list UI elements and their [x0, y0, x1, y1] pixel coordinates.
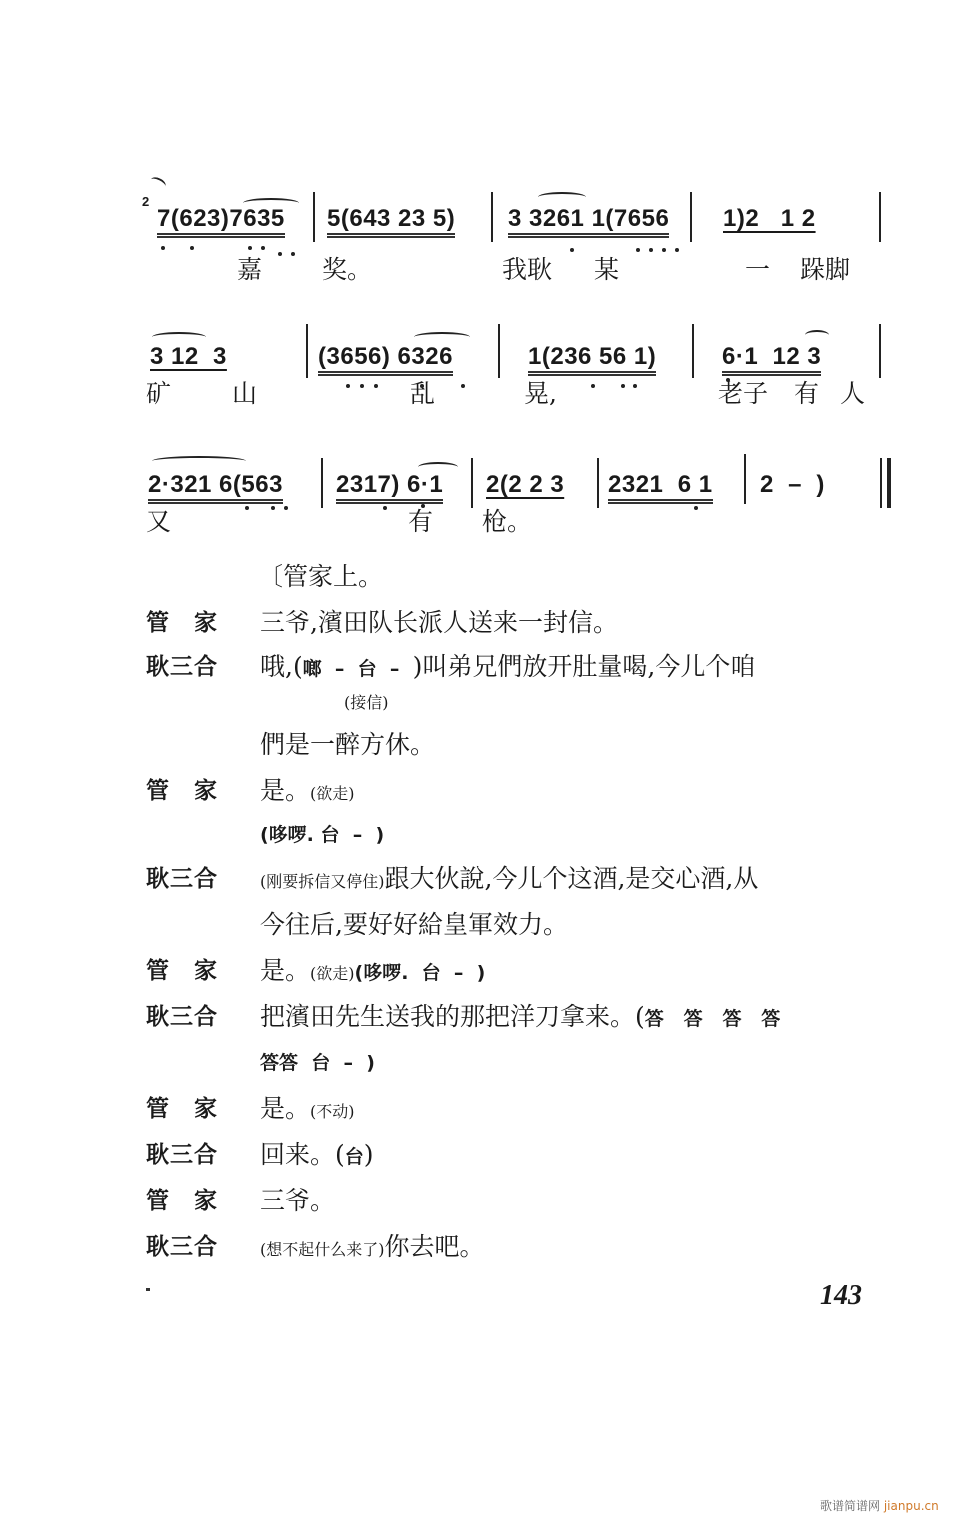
dialogue-text: 是。: [260, 776, 310, 805]
dialogue-text: )叫弟兄們放开肚量喝,今儿个咱: [413, 652, 756, 681]
lower-octave-dot: [633, 384, 637, 388]
lyric: 乱: [410, 380, 435, 408]
dialogue-text: 回来。(: [260, 1140, 345, 1169]
speaker-name: 耿三合: [146, 1002, 218, 1032]
measure-3-1: 2·321 6(563: [148, 472, 283, 504]
slur: [414, 332, 470, 342]
lower-octave-dot: [649, 248, 653, 252]
bar-line: [471, 458, 473, 508]
lower-octave-dot: [161, 246, 165, 250]
bar-line: [692, 324, 694, 378]
bar-line: [313, 192, 315, 242]
percussion-notation: 答答 台 – ): [260, 1048, 375, 1078]
measure-2-1: 3 12 3: [150, 344, 227, 370]
lower-octave-dot: [245, 506, 249, 510]
speaker-name: 管 家: [146, 1186, 218, 1216]
dialogue-text: 三爷。: [260, 1186, 335, 1216]
percussion-notation: 台: [345, 1146, 364, 1168]
stage-direction: (刚要拆信又停住): [260, 872, 385, 891]
measure-1-4: 1)2 1 2: [723, 206, 816, 232]
print-speck: [146, 1288, 150, 1291]
dialogue-continuation: 今往后,要好好給皇軍效力。: [260, 910, 568, 940]
dialogue-line: 哦,(啷 – 台 – )叫弟兄們放开肚量喝,今儿个咱: [260, 652, 755, 684]
speaker-name: 管 家: [146, 1094, 218, 1124]
slur: [243, 198, 299, 208]
bar-line: [690, 192, 692, 242]
measure-3-3: 2(2 2 3: [486, 472, 564, 498]
measure-3-2: 2317) 6·1: [336, 472, 443, 504]
slur: [152, 332, 206, 342]
lyric: 嘉: [237, 256, 262, 284]
watermark: 歌谱简谱网 jianpu.cn: [820, 1497, 939, 1514]
bar-line: [597, 458, 599, 508]
percussion-notation: (哆啰. 台 – ): [355, 962, 486, 984]
dialogue-text: 是。: [260, 956, 310, 985]
dialogue-line: (想不起什么来了)你去吧。: [260, 1232, 485, 1265]
dialogue-line: 是。(欲走): [260, 776, 355, 809]
dialogue-text: 跟大伙說,今儿个这酒,是交心酒,从: [385, 864, 759, 893]
lower-octave-dot: [591, 384, 595, 388]
stage-direction: (欲走): [310, 964, 355, 983]
measure-1-2: 5(643 23 5): [327, 206, 455, 238]
lyric: 晃,: [524, 380, 557, 408]
speaker-name: 耿三合: [146, 1232, 218, 1262]
notation-row-1: 2 7(623)7635 5(643 23 5) 3 3261 1(7656 1…: [0, 170, 974, 300]
lyric: 奖。: [322, 256, 372, 284]
notation-row-3: 2·321 6(563 2317) 6·1 2(2 2 3 2321 6 1 2…: [0, 440, 974, 570]
stage-direction: (接信): [344, 688, 389, 718]
lower-octave-dot: [461, 384, 465, 388]
dialogue-line: (刚要拆信又停住)跟大伙說,今儿个这酒,是交心酒,从: [260, 864, 758, 897]
speaker-name: 管 家: [146, 956, 218, 986]
measure-2-2: (3656) 6326: [318, 344, 453, 376]
lower-octave-dot: [261, 246, 265, 250]
lower-octave-dot: [278, 252, 282, 256]
dialogue-text: 把濱田先生送我的那把洋刀拿来。(: [260, 1002, 645, 1031]
grace-note-marker: 2: [142, 194, 149, 209]
slur: [152, 456, 246, 466]
stage-direction: 〔管家上。: [258, 562, 383, 592]
lower-octave-dot: [271, 506, 275, 510]
stage-direction: (想不起什么来了): [260, 1240, 385, 1259]
lyric: 有: [794, 380, 819, 408]
lyric: 人: [840, 380, 865, 408]
dialogue-text: 是。: [260, 1094, 310, 1123]
slur: [418, 462, 458, 472]
measure-2-3: 1(236 56 1): [528, 344, 656, 376]
lower-octave-dot: [636, 248, 640, 252]
slur: [805, 330, 829, 340]
lower-octave-dot: [190, 246, 194, 250]
bar-line: [879, 192, 881, 242]
lyric: 一: [745, 256, 770, 284]
lyric: 有: [408, 508, 433, 536]
lyric: 枪。: [482, 508, 532, 536]
speaker-name: 管 家: [146, 608, 218, 638]
speaker-name: 耿三合: [146, 864, 218, 894]
dialogue-text: ): [364, 1140, 374, 1169]
bar-line: [321, 458, 323, 508]
lyric: 老子: [718, 380, 768, 408]
dialogue-continuation: 們是一醉方休。: [260, 730, 435, 760]
lyric: 又: [146, 508, 171, 536]
lower-octave-dot: [346, 384, 350, 388]
final-double-bar-line: [880, 458, 891, 508]
lower-octave-dot: [291, 252, 295, 256]
lyric: 我耿: [502, 256, 552, 284]
lower-octave-dot: [248, 246, 252, 250]
slur: [149, 175, 168, 191]
lower-octave-dot: [360, 384, 364, 388]
dialogue-text: 你去吧。: [385, 1232, 485, 1261]
lower-octave-dot: [675, 248, 679, 252]
lower-octave-dot: [374, 384, 378, 388]
bar-line: [306, 324, 308, 378]
percussion-notation: 啷 – 台 –: [303, 658, 413, 680]
bar-line: [744, 454, 746, 504]
lower-octave-dot: [662, 248, 666, 252]
speaker-name: 管 家: [146, 776, 218, 806]
dialogue-line: 是。(欲走)(哆啰. 台 – ): [260, 956, 485, 989]
stage-direction: (欲走): [310, 784, 355, 803]
watermark-cn: 歌谱简谱网: [820, 1499, 880, 1513]
percussion-notation: 答 答 答 答: [645, 1008, 781, 1030]
lyric: 矿: [146, 380, 171, 408]
lower-octave-dot: [383, 506, 387, 510]
bar-line: [498, 324, 500, 378]
page-number: 143: [820, 1280, 862, 1312]
lyric: 某: [594, 256, 619, 284]
notation-row-2: 3 12 3 (3656) 6326 1(236 56 1) 6·1 12 3 …: [0, 310, 974, 440]
dialogue-text: 哦,(: [260, 652, 303, 681]
measure-1-3: 3 3261 1(7656: [508, 206, 669, 238]
measure-1-1: 7(623)7635: [157, 206, 285, 238]
lower-octave-dot: [694, 506, 698, 510]
measure-2-4: 6·1 12 3: [722, 344, 821, 376]
dialogue-line: 回来。(台): [260, 1140, 374, 1172]
lower-octave-dot: [621, 384, 625, 388]
lower-octave-dot: [284, 506, 288, 510]
speaker-name: 耿三合: [146, 652, 218, 682]
dialogue-line: 把濱田先生送我的那把洋刀拿来。(答 答 答 答: [260, 1002, 780, 1034]
bar-line: [491, 192, 493, 242]
percussion-notation: (哆啰. 台 – ): [260, 820, 384, 850]
bar-line: [879, 324, 881, 378]
measure-3-5: 2 – ): [760, 472, 825, 498]
measure-3-4: 2321 6 1: [608, 472, 713, 504]
lyric: 山: [232, 380, 257, 408]
watermark-site: jianpu.cn: [884, 1499, 939, 1513]
dialogue-text: 三爷,濱田队长派人送来一封信。: [260, 608, 618, 638]
dialogue-line: 是。(不动): [260, 1094, 355, 1127]
lower-octave-dot: [570, 248, 574, 252]
speaker-name: 耿三合: [146, 1140, 218, 1170]
slur: [538, 192, 586, 202]
lyric: 跺脚: [800, 256, 850, 284]
stage-direction: (不动): [310, 1102, 355, 1121]
